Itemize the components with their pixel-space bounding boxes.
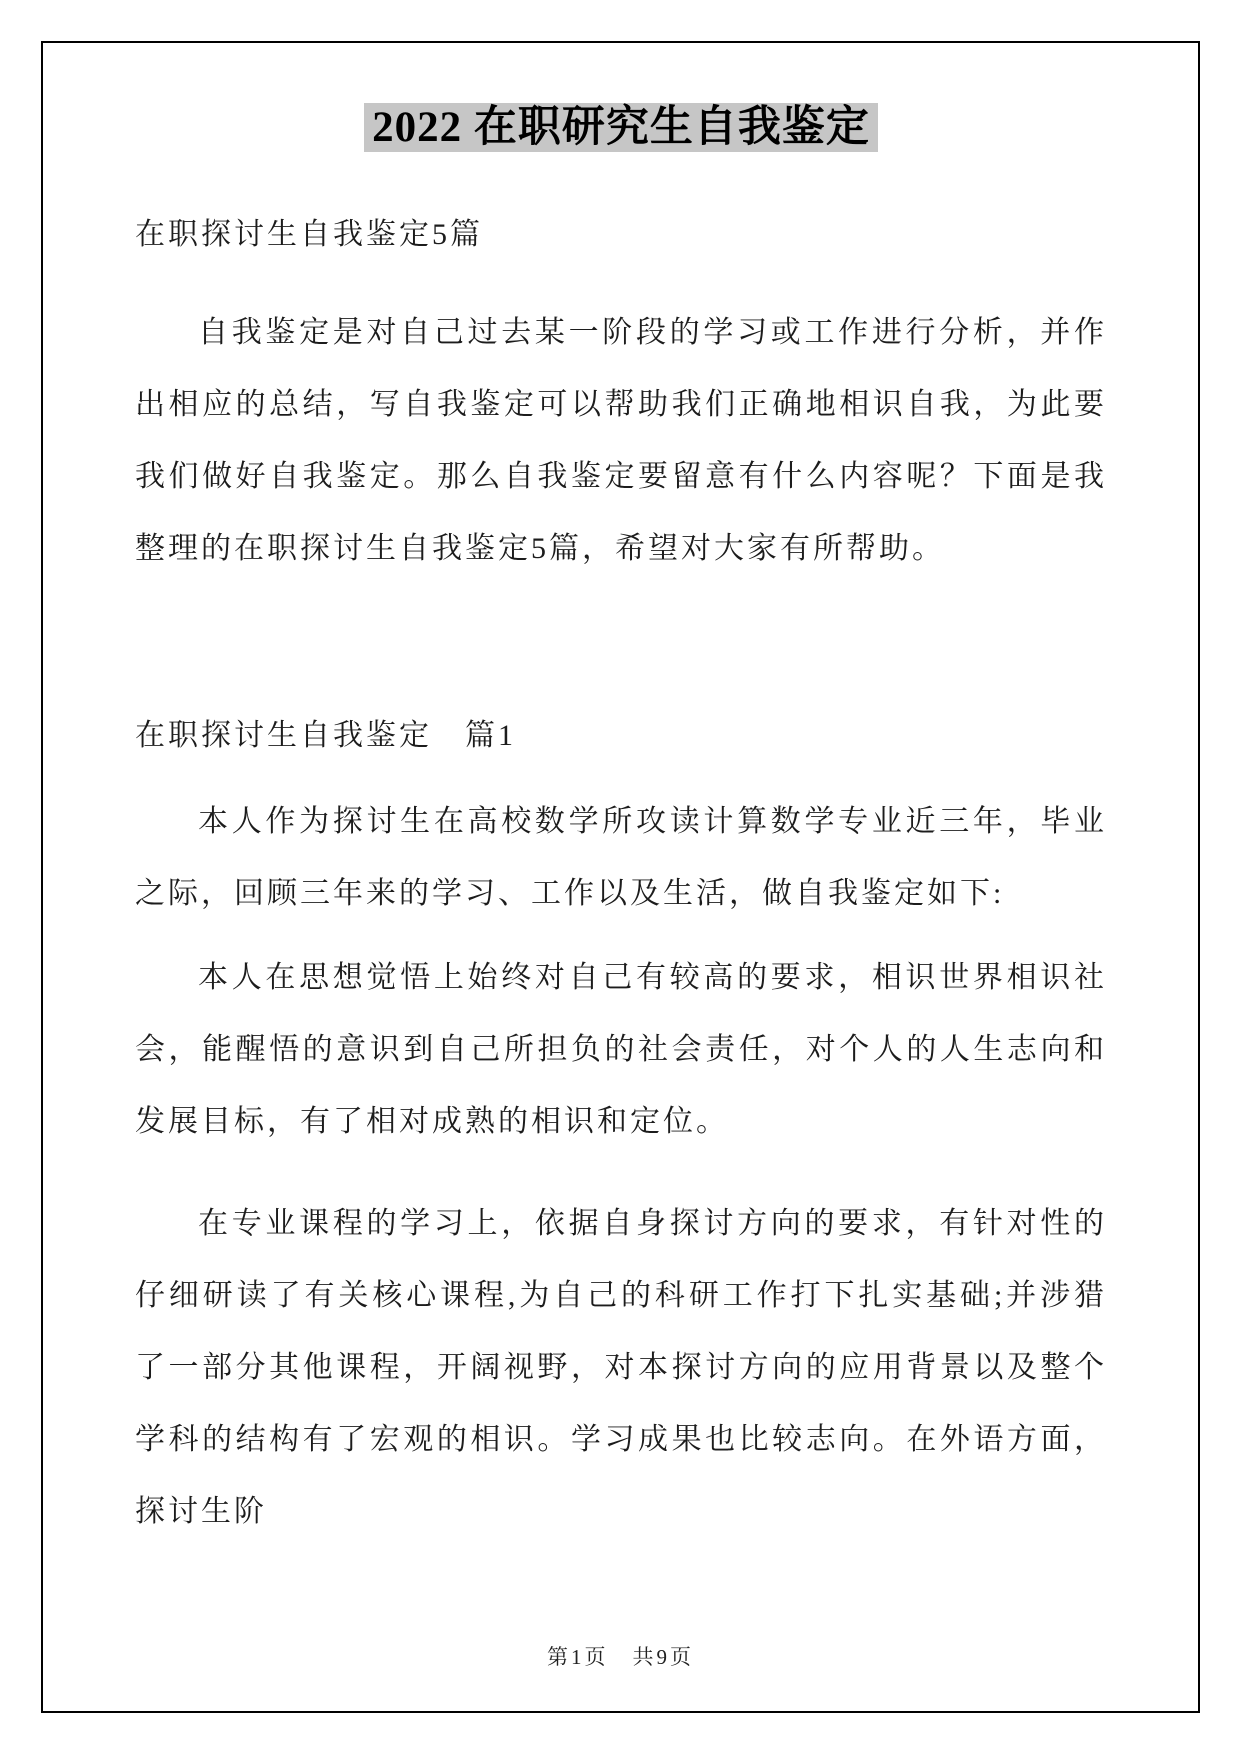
paragraph-body-2: 本人在思想觉悟上始终对自己有较高的要求，相识世界相识社会，能醒悟的意识到自己所担… bbox=[135, 942, 1107, 1158]
page-footer: 第1页 共9页 bbox=[0, 1641, 1241, 1671]
section-heading-part1: 在职探讨生自我鉴定 篇1 bbox=[135, 700, 1107, 772]
paragraph-body-1: 本人作为探讨生在高校数学所攻读计算数学专业近三年，毕业之际，回顾三年来的学习、工… bbox=[135, 786, 1107, 930]
paragraph-preface: 自我鉴定是对自己过去某一阶段的学习或工作进行分析，并作出相应的总结，写自我鉴定可… bbox=[135, 297, 1107, 585]
title-highlight: 2022 在职研究生自我鉴定 bbox=[364, 103, 878, 152]
document-title: 2022 在职研究生自我鉴定 bbox=[135, 99, 1107, 157]
document-content: 2022 在职研究生自我鉴定 在职探讨生自我鉴定5篇 自我鉴定是对自己过去某一阶… bbox=[135, 0, 1107, 1548]
paragraph-intro-label: 在职探讨生自我鉴定5篇 bbox=[135, 199, 1107, 271]
paragraph-body-3: 在专业课程的学习上，依据自身探讨方向的要求，有针对性的仔细研读了有关核心课程,为… bbox=[135, 1188, 1107, 1548]
